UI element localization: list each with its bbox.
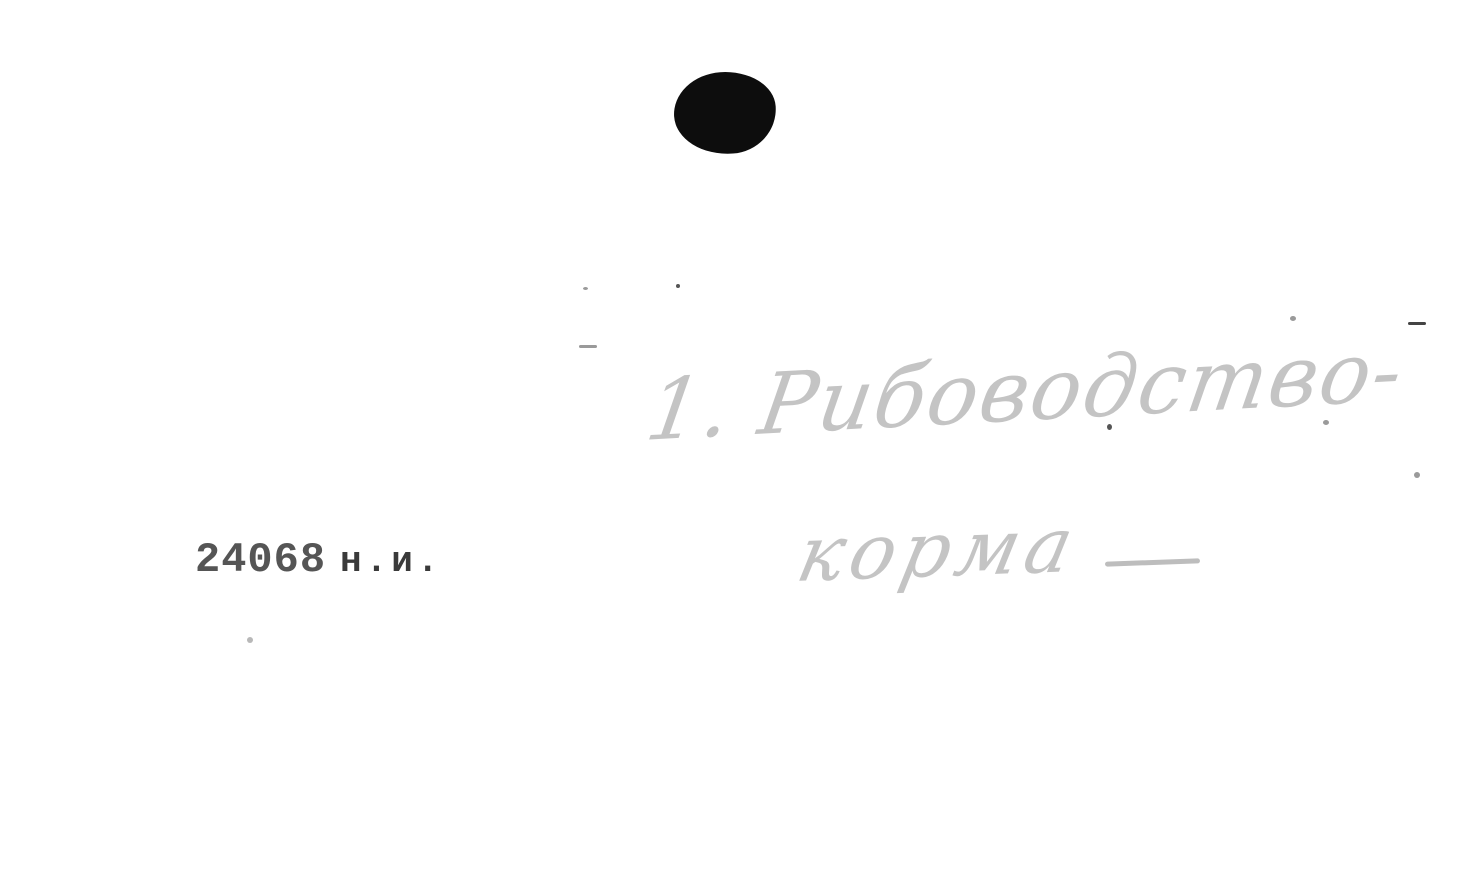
handwritten-note-line-2: корма	[790, 500, 1087, 599]
scan-speck	[1408, 322, 1426, 325]
scan-speck	[247, 637, 253, 643]
handwritten-underline	[1105, 558, 1200, 566]
scan-speck	[1290, 316, 1296, 321]
typed-catalog-number: 24068н.и.	[195, 536, 442, 584]
catalog-card: 24068н.и. 1. Рибоводство- корма	[0, 0, 1478, 875]
scan-speck	[1414, 472, 1420, 478]
catalog-number-value: 24068	[195, 536, 326, 584]
scan-speck	[1107, 424, 1112, 430]
scan-speck	[583, 287, 588, 290]
scan-speck	[579, 345, 597, 348]
handwritten-note-line-1: 1. Рибоводство-	[640, 321, 1411, 460]
scan-speck	[1323, 420, 1329, 425]
punch-hole	[671, 69, 778, 158]
catalog-number-suffix: н.и.	[340, 541, 442, 582]
scan-speck	[676, 284, 680, 288]
